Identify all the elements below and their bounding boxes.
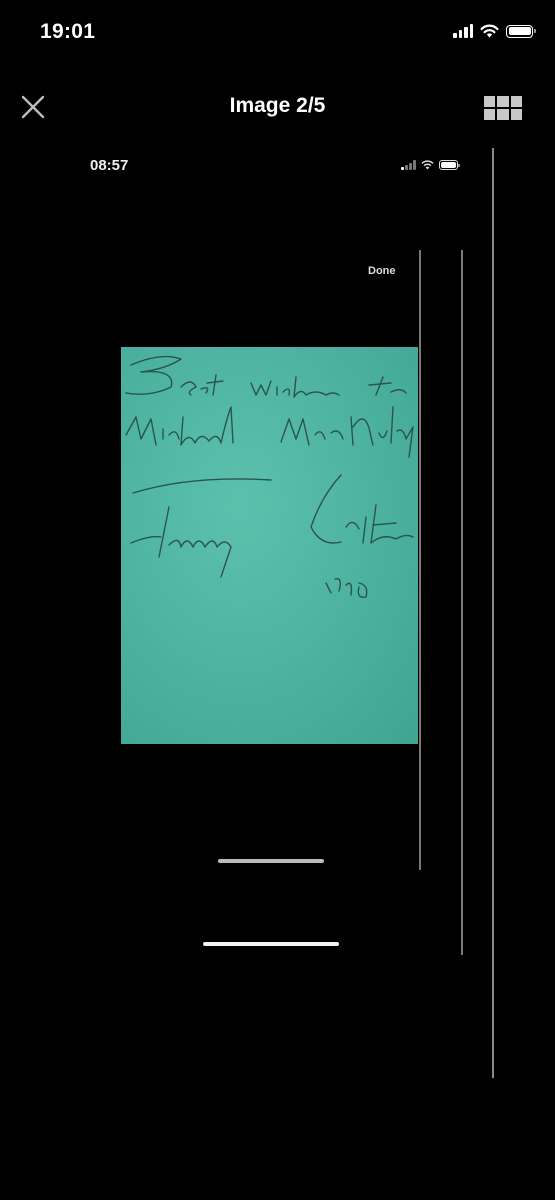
status-time: 19:01	[40, 20, 95, 44]
inner-cellular-icon	[401, 160, 416, 170]
autograph-photo	[121, 347, 418, 744]
grid-view-button[interactable]	[484, 96, 522, 120]
status-icons	[453, 24, 533, 38]
inner-home-indicator	[218, 859, 324, 863]
inner-status-icons	[401, 160, 458, 170]
done-button[interactable]: Done	[368, 265, 396, 277]
battery-icon	[506, 25, 533, 38]
divider-line	[419, 250, 421, 870]
inner-status-time: 08:57	[90, 157, 128, 174]
page-title: Image 2/5	[0, 94, 555, 118]
handwriting-image	[121, 347, 418, 744]
inner-battery-icon	[439, 160, 458, 170]
divider-line	[461, 250, 463, 955]
wifi-icon	[480, 24, 499, 38]
inner-wifi-icon	[421, 160, 434, 170]
home-indicator[interactable]	[203, 942, 339, 946]
cellular-signal-icon	[453, 24, 473, 38]
grid-view-icon	[484, 96, 495, 107]
divider-line	[492, 148, 494, 1078]
